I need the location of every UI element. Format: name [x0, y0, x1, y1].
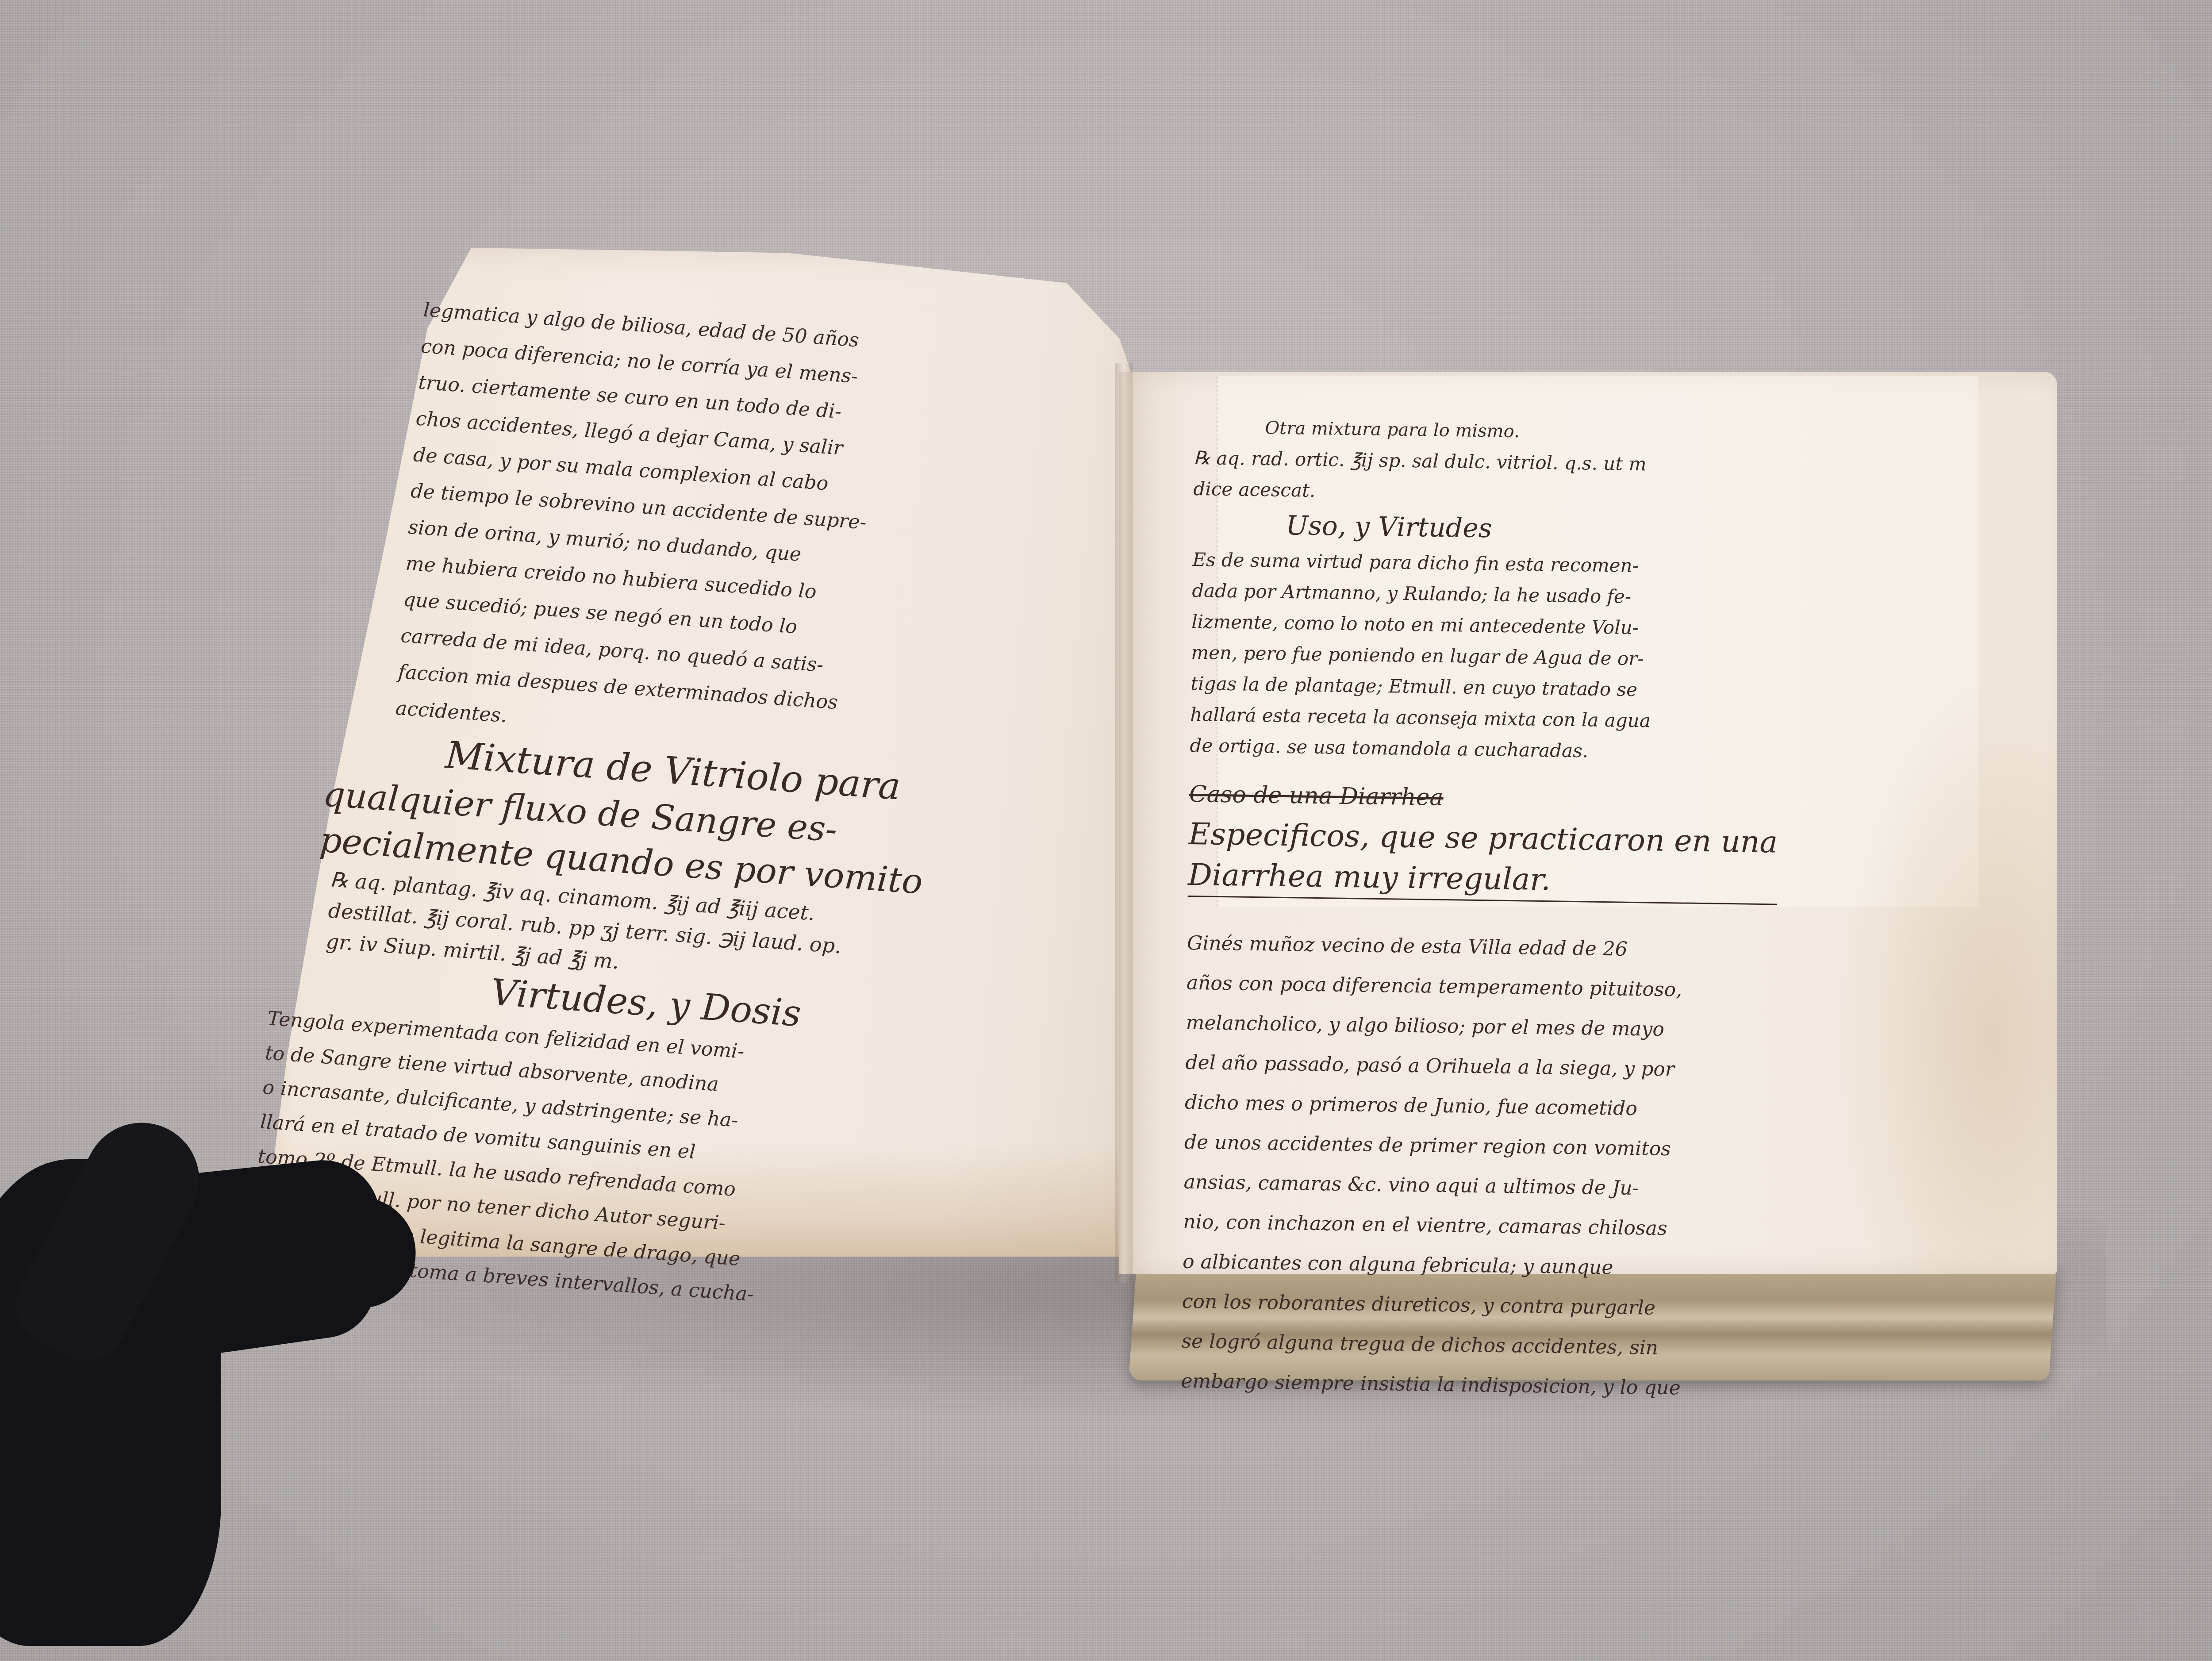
manuscript-photo: legmatica y algo de biliosa, edad de 50 … — [0, 0, 2212, 1661]
water-stain — [1836, 681, 2057, 1274]
subheading: Uso, y Virtudes — [1286, 506, 1782, 553]
right-page-text: Otra mixtura para lo mismo. ℞ aq. rad. o… — [1181, 411, 1784, 1409]
book-gutter — [1115, 363, 1133, 1283]
section-heading: Diarrhea muy irregular. — [1188, 855, 1778, 905]
gloved-hand — [0, 1106, 487, 1661]
text-line: embargo siempre insistia la indisposicio… — [1181, 1361, 1770, 1410]
